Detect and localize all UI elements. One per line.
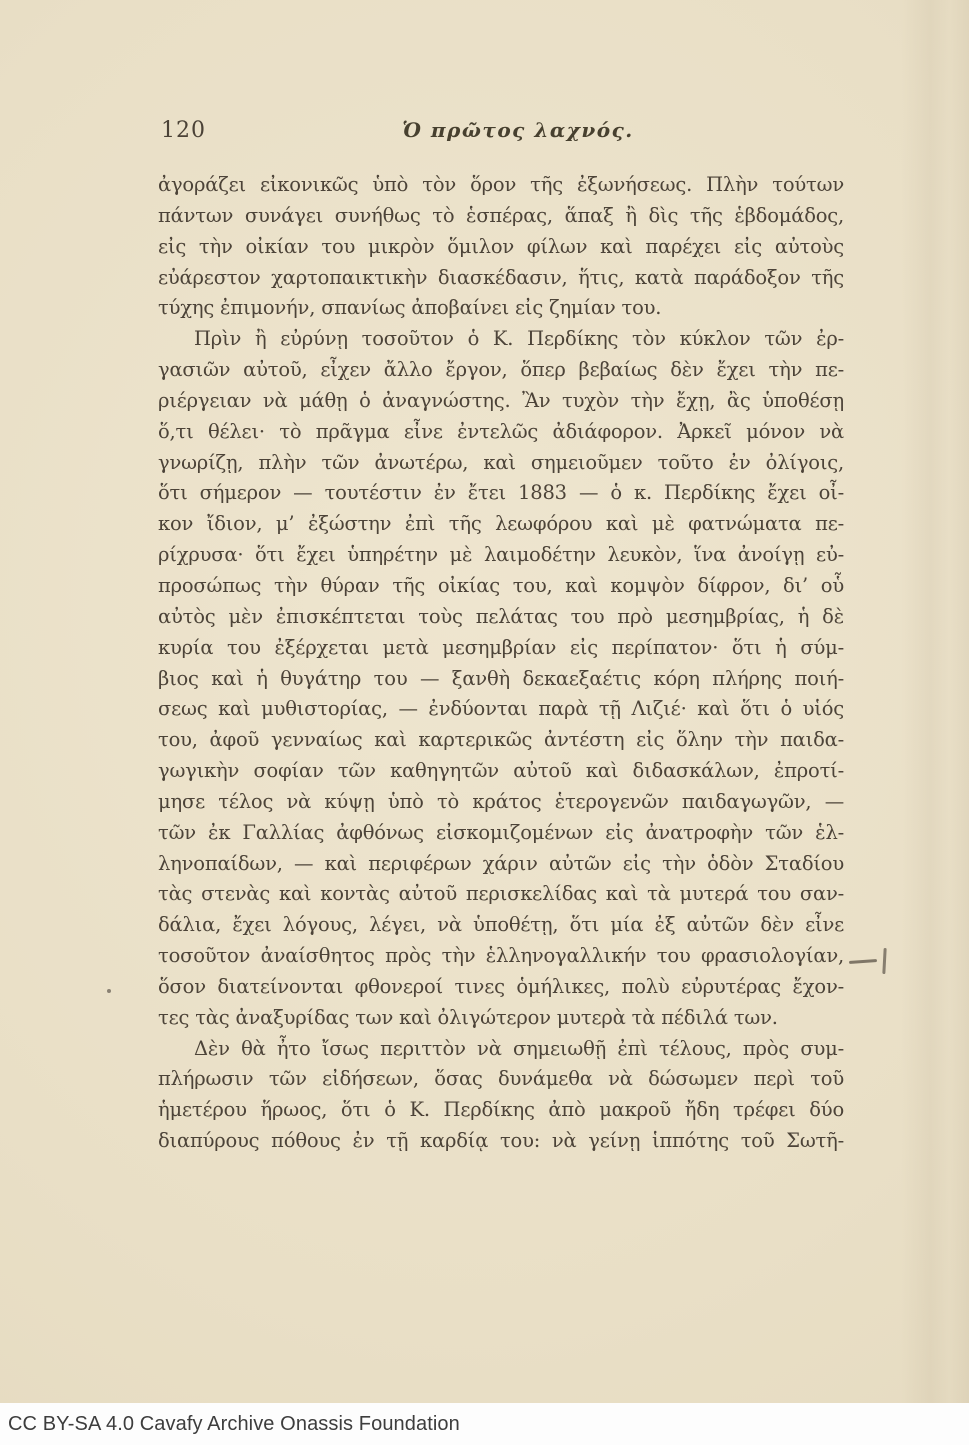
- text-line: ληνοπαίδων, — καὶ περιφέρων χάριν αὐτῶν …: [158, 849, 844, 880]
- text-line: εὐάρεστον χαρτοπαικτικὴν διασκέδασιν, ἥτ…: [158, 263, 844, 294]
- text-line: τοσοῦτον ἀναίσθητος πρὸς τὴν ἑλληνογαλλι…: [158, 941, 844, 972]
- text-line: ἀγοράζει εἰκονικῶς ὑπὸ τὸν ὅρον τῆς ἐξων…: [158, 170, 844, 201]
- text-line: ρίχρυσα· ὅτι ἔχει ὑπηρέτην μὲ λαιμοδέτην…: [158, 540, 844, 571]
- text-line: κυρία του ἐξέρχεται μετὰ μεσημβρίαν εἰς …: [158, 633, 844, 664]
- text-line: ὅ,τι θέλει· τὸ πρᾶγμα εἶνε ἐντελῶς ἀδιάφ…: [158, 417, 844, 448]
- text-line: τες τὰς ἀναξυρίδας των καὶ ὀλιγώτερον μυ…: [158, 1003, 844, 1034]
- text-line: τῶν ἐκ Γαλλίας ἀφθόνως εἰσκομιζομένων εἰ…: [158, 818, 844, 849]
- text-line: ριέργειαν νὰ μάθῃ ὁ ἀναγνώστης. Ἂν τυχὸν…: [158, 386, 844, 417]
- text-line: εἰς τὴν οἰκίαν του μικρὸν ὅμιλον φίλων κ…: [158, 232, 844, 263]
- text-line: του, ἀφοῦ γενναίως καὶ καρτερικῶς ἀντέστ…: [158, 725, 844, 756]
- text-line: διαπύρους πόθους ἐν τῇ καρδίᾳ του: νὰ γε…: [158, 1126, 844, 1157]
- text-line: κον ἴδιον, μ’ ἐξώστην ἐπὶ τῆς λεωφόρου κ…: [158, 509, 844, 540]
- book-page-scan: 120 Ὁ πρῶτος λαχνός. ἀγοράζει εἰκονικῶς …: [0, 0, 969, 1445]
- text-line: γασιῶν αὐτοῦ, εἶχεν ἄλλο ἔργον, ὅπερ βεβ…: [158, 355, 844, 386]
- text-line: ὅτι σήμερον — τουτέστιν ἐν ἔτει 1883 — ὁ…: [158, 478, 844, 509]
- text-line: πάντων συνάγει συνήθως τὸ ἑσπέρας, ἅπαξ …: [158, 201, 844, 232]
- text-line: γνωρίζῃ, πλὴν τῶν ἀνωτέρω, καὶ σημειοῦμε…: [158, 448, 844, 479]
- text-line: ὅσον διατείνονται φθονεροί τινες ὁμήλικε…: [158, 972, 844, 1003]
- body-text-block: ἀγοράζει εἰκονικῶς ὑπὸ τὸν ὅρον τῆς ἐξων…: [158, 170, 844, 1157]
- text-line: μησε τέλος νὰ κύψῃ ὑπὸ τὸ κράτος ἑτερογε…: [158, 787, 844, 818]
- text-line: Δὲν θὰ ἦτο ἴσως περιττὸν νὰ σημειωθῇ ἐπὶ…: [158, 1034, 844, 1065]
- text-line: ἡμετέρου ἥρωος, ὅτι ὁ Κ. Περδίκης ἀπὸ μα…: [158, 1095, 844, 1126]
- text-line: σεως καὶ μυθιστορίας, — ἐνδύονται παρὰ τ…: [158, 694, 844, 725]
- text-line: βιος καὶ ἡ θυγάτηρ του — ξανθὴ δεκαεξαέτ…: [158, 664, 844, 695]
- license-text: CC BY-SA 4.0 Cavafy Archive Onassis Foun…: [0, 1413, 460, 1436]
- text-line: Πρὶν ἢ εὐρύνῃ τοσοῦτον ὁ Κ. Περδίκης τὸν…: [158, 324, 844, 355]
- text-line: τὰς στενὰς καὶ κοντὰς αὐτοῦ περισκελίδας…: [158, 879, 844, 910]
- running-header-title: Ὁ πρῶτος λαχνός.: [175, 118, 861, 142]
- text-line: προσώπως τὴν θύραν τῆς οἰκίας του, καὶ κ…: [158, 571, 844, 602]
- text-line: γωγικὴν σοφίαν τῶν καθηγητῶν αὐτοῦ καὶ δ…: [158, 756, 844, 787]
- margin-speck: [107, 989, 111, 993]
- text-line: αὐτὸς μὲν ἐπισκέπτεται τοὺς πελάτας του …: [158, 602, 844, 633]
- text-line: δάλια, ἔχει λόγους, λέγει, νὰ ὑποθέτῃ, ὅ…: [158, 910, 844, 941]
- license-bar: CC BY-SA 4.0 Cavafy Archive Onassis Foun…: [0, 1403, 969, 1445]
- margin-pencil-tick-mark: [882, 948, 886, 974]
- text-line: πλήρωσιν τῶν εἰδήσεων, ὅσας δυνάμεθα νὰ …: [158, 1064, 844, 1095]
- margin-pencil-dash-mark: [849, 959, 877, 964]
- text-line: τύχης ἐπιμονήν, σπανίως ἀποβαίνει εἰς ζη…: [158, 293, 844, 324]
